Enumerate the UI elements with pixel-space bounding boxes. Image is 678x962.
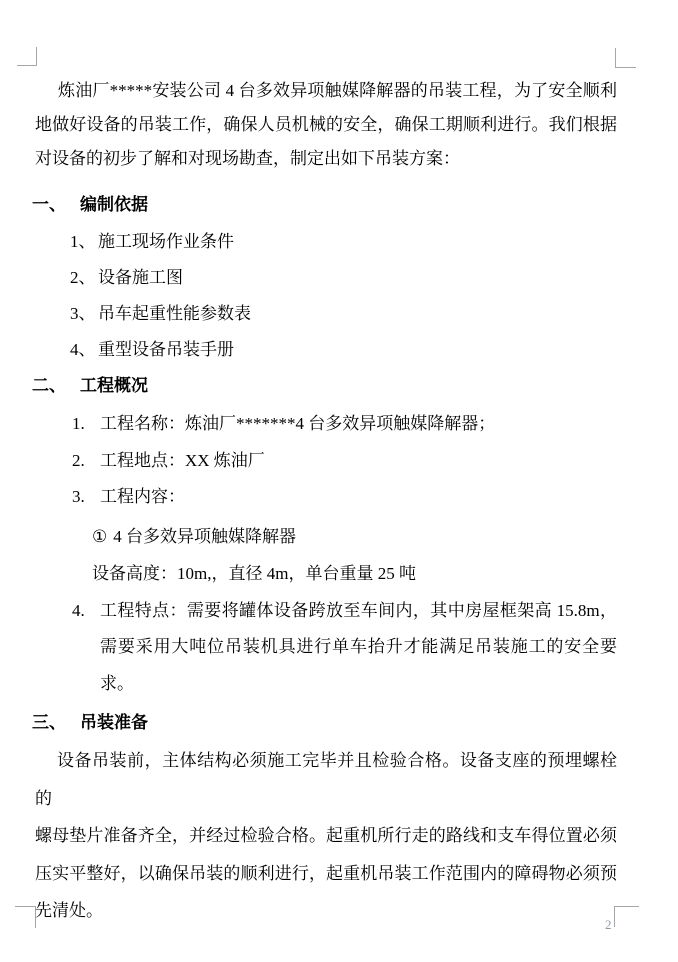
margin-crop-mark-top-right: [615, 48, 636, 68]
circled-1-marker: ①: [92, 519, 107, 556]
item-marker: 2.: [72, 443, 100, 480]
section-number: 一、: [32, 188, 80, 222]
section-title: 工程概况: [80, 376, 148, 395]
item-text-line: 求。: [100, 666, 617, 703]
intro-line: 地做好设备的吊装工作，确保人员机械的安全，确保工期顺利进行。我们根据: [35, 108, 617, 142]
section-title: 编制依据: [80, 195, 148, 214]
list-item: 3.工程内容：: [35, 479, 617, 516]
item-text: 施工现场作业条件: [98, 232, 234, 251]
item-text: 工程地点：XX 炼油厂: [100, 451, 265, 470]
section-3-heading: 三、吊装准备: [32, 706, 148, 740]
document-page: 炼油厂*****安装公司 4 台多效异项触媒降解器的吊装工程，为了安全顺利 地做…: [0, 0, 678, 962]
paragraph-line: 螺母垫片准备齐全，并经过检验合格。起重机所行走的路线和支车得位置必须: [35, 817, 617, 855]
margin-crop-mark-bottom-left: [15, 906, 36, 928]
item-text-line: 需要采用大吨位吊装机具进行单车抬升才能满足吊装施工的安全要: [100, 629, 617, 666]
section-number: 三、: [32, 706, 80, 740]
list-item: 1、施工现场作业条件: [35, 224, 617, 260]
preparation-paragraph: 设备吊装前，主体结构必须施工完毕并且检验合格。设备支座的预埋螺栓的 螺母垫片准备…: [35, 742, 617, 930]
paragraph-line: 先清处。: [35, 892, 617, 930]
sub-item: ①4 台多效异项触媒降解器: [92, 519, 617, 556]
intro-paragraph: 炼油厂*****安装公司 4 台多效异项触媒降解器的吊装工程，为了安全顺利 地做…: [35, 74, 617, 176]
list-item: 4、重型设备吊装手册: [35, 332, 617, 368]
section-title: 吊装准备: [80, 713, 148, 732]
reference-list: 1、施工现场作业条件 2、设备施工图 3、吊车起重性能参数表 4、重型设备吊装手…: [35, 224, 617, 368]
item-text: 工程内容：: [100, 487, 185, 506]
section-1-heading: 一、编制依据: [32, 188, 148, 222]
list-item: 1.工程名称：炼油厂*******4 台多效异项触媒降解器；: [35, 406, 617, 443]
section-2-heading: 二、工程概况: [32, 369, 148, 403]
item-text-line: 工程特点：需要将罐体设备跨放至车间内，其中房屋框架高 15.8m，: [100, 593, 617, 630]
item-marker: 1、: [70, 224, 98, 260]
sub-item-text: 4 台多效异项触媒降解器: [113, 527, 296, 546]
item-text: 设备施工图: [98, 268, 183, 287]
list-item: 2.工程地点：XX 炼油厂: [35, 443, 617, 480]
item-marker: 1.: [72, 406, 100, 443]
item-marker: 3、: [70, 296, 98, 332]
item-marker: 4.: [72, 593, 100, 630]
equipment-spec-line: 设备高度：10m,，直径 4m，单台重量 25 吨: [92, 556, 617, 593]
margin-crop-mark-top-left: [17, 47, 37, 66]
paragraph-line: 压实平整好，以确保吊装的顺利进行，起重机吊装工作范围内的障碍物必须预: [35, 855, 617, 893]
paragraph-line: 设备吊装前，主体结构必须施工完毕并且检验合格。设备支座的预埋螺栓的: [35, 742, 617, 817]
margin-crop-mark-bottom-right: [614, 906, 639, 927]
item-text: 吊车起重性能参数表: [98, 304, 251, 323]
intro-line: 炼油厂*****安装公司 4 台多效异项触媒降解器的吊装工程，为了安全顺利: [35, 74, 617, 108]
overview-list: 1.工程名称：炼油厂*******4 台多效异项触媒降解器； 2.工程地点：XX…: [35, 406, 617, 516]
item-marker: 3.: [72, 479, 100, 516]
item-text: 重型设备吊装手册: [98, 340, 234, 359]
intro-line: 对设备的初步了解和对现场勘查，制定出如下吊装方案：: [35, 142, 617, 176]
section-number: 二、: [32, 369, 80, 403]
work-content-sub-block: ①4 台多效异项触媒降解器 设备高度：10m,，直径 4m，单台重量 25 吨: [92, 519, 617, 592]
list-item: 2、设备施工图: [35, 260, 617, 296]
page-number: 2: [605, 917, 612, 932]
project-features-item: 4. 工程特点：需要将罐体设备跨放至车间内，其中房屋框架高 15.8m， 需要采…: [35, 593, 617, 703]
item-text: 工程名称：炼油厂*******4 台多效异项触媒降解器；: [100, 414, 495, 433]
item-marker: 4、: [70, 332, 98, 368]
item-marker: 2、: [70, 260, 98, 296]
list-item: 3、吊车起重性能参数表: [35, 296, 617, 332]
